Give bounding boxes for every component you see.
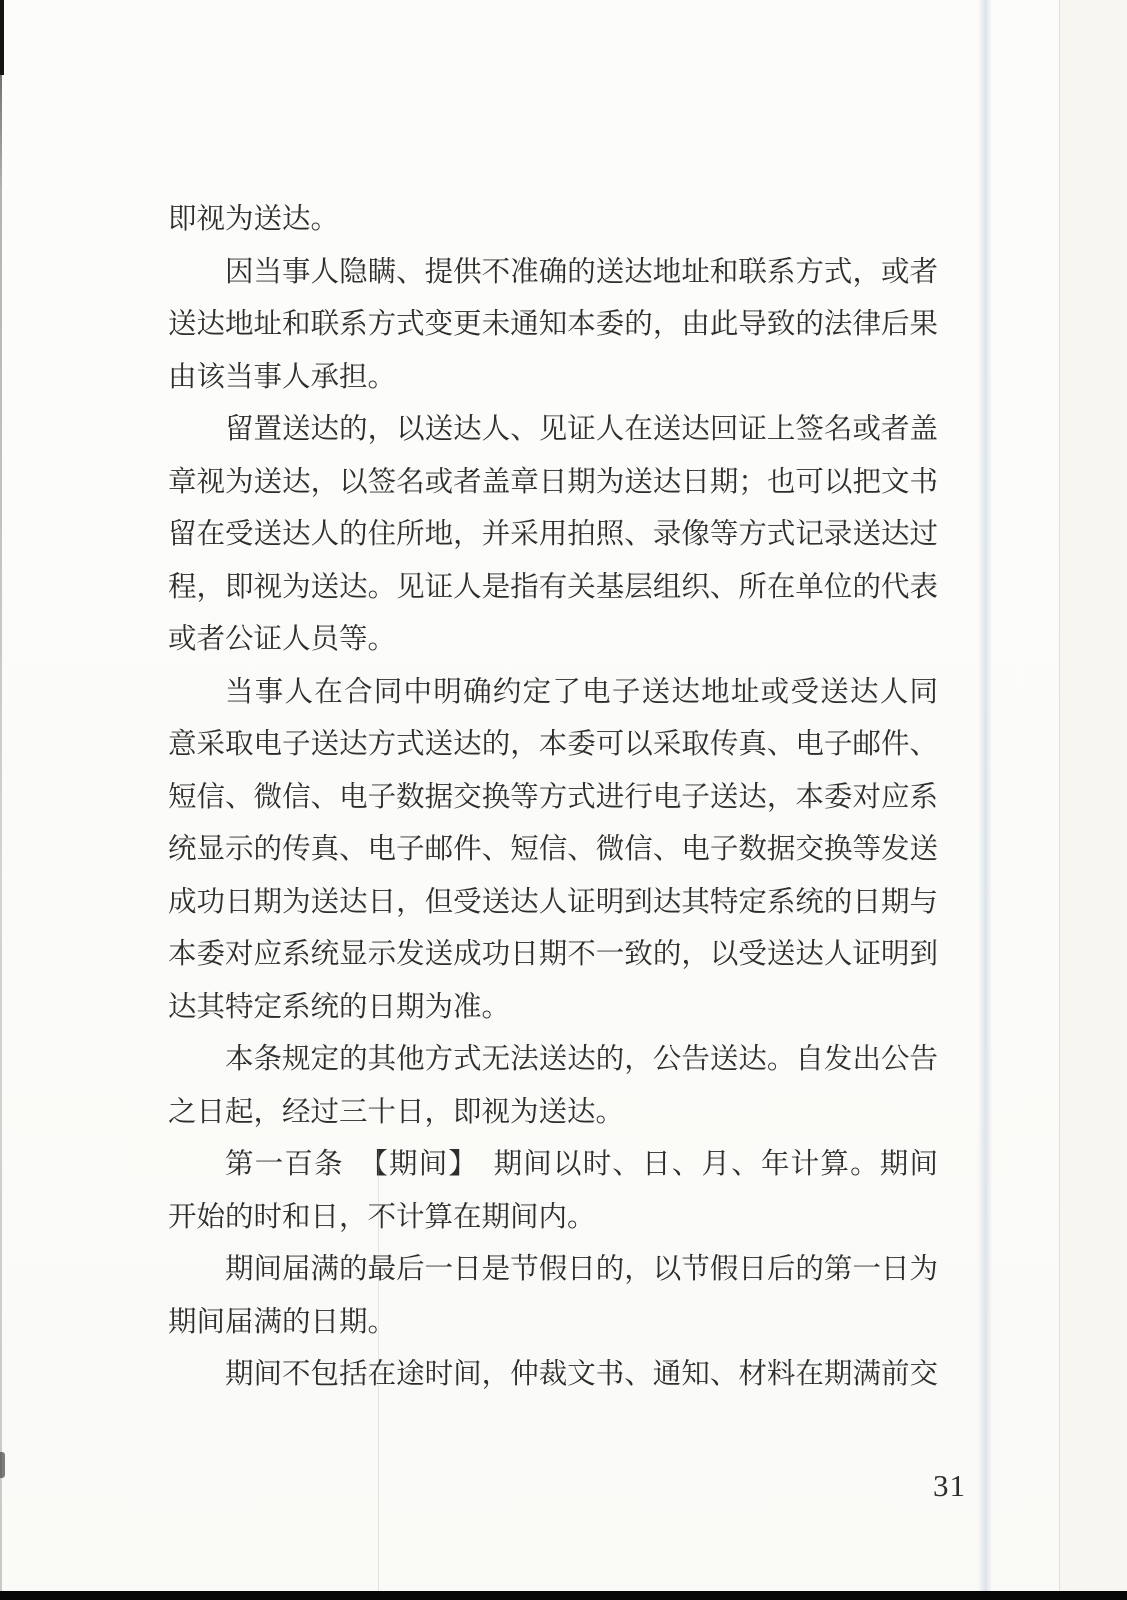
text-line: 送达地址和联系方式变更未通知本委的，由此导致的法律后果 <box>168 299 938 352</box>
text-line: 留在受送达人的住所地，并采用拍照、录像等方式记录送达过 <box>168 509 938 562</box>
text-line: 留置送达的，以送达人、见证人在送达回证上签名或者盖 <box>168 404 938 457</box>
text-line: 因当事人隐瞒、提供不准确的送达地址和联系方式，或者 <box>168 247 938 300</box>
text-line: 第一百条 【期间】 期间以时、日、月、年计算。期间 <box>168 1139 938 1192</box>
text-line: 程，即视为送达。见证人是指有关基层组织、所在单位的代表 <box>168 562 938 615</box>
paper-crease <box>378 1150 379 1591</box>
scan-bottom-bar <box>0 1591 1127 1600</box>
text-line: 由该当事人承担。 <box>168 352 938 405</box>
document-body: 即视为送达。因当事人隐瞒、提供不准确的送达地址和联系方式，或者送达地址和联系方式… <box>168 194 938 1402</box>
page-number: 31 <box>933 1468 966 1504</box>
text-line: 即视为送达。 <box>168 194 938 247</box>
text-line: 统显示的传真、电子邮件、短信、微信、电子数据交换等发送 <box>168 824 938 877</box>
text-line: 当事人在合同中明确约定了电子送达地址或受送达人同 <box>168 667 938 720</box>
text-line: 期间届满的最后一日是节假日的，以节假日后的第一日为 <box>168 1244 938 1297</box>
text-line: 短信、微信、电子数据交换等方式进行电子送达，本委对应系 <box>168 772 938 825</box>
text-line: 意采取电子送达方式送达的，本委可以采取传真、电子邮件、 <box>168 719 938 772</box>
scan-left-edge <box>0 0 2 1592</box>
text-line: 之日起，经过三十日，即视为送达。 <box>168 1087 938 1140</box>
scan-left-edge-blob <box>0 1452 5 1478</box>
text-line: 章视为送达，以签名或者盖章日期为送达日期；也可以把文书 <box>168 457 938 510</box>
page-fold-line <box>978 0 992 1591</box>
scanned-page: 即视为送达。因当事人隐瞒、提供不准确的送达地址和联系方式，或者送达地址和联系方式… <box>0 0 1127 1600</box>
page-edge-strip <box>1059 0 1127 1591</box>
text-line: 期间不包括在途时间，仲裁文书、通知、材料在期满前交 <box>168 1349 938 1402</box>
text-line: 期间届满的日期。 <box>168 1297 938 1350</box>
text-line: 本条规定的其他方式无法送达的，公告送达。自发出公告 <box>168 1034 938 1087</box>
scan-left-edge-dark <box>0 0 4 75</box>
text-line: 成功日期为送达日，但受送达人证明到达其特定系统的日期与 <box>168 877 938 930</box>
text-line: 达其特定系统的日期为准。 <box>168 982 938 1035</box>
text-line: 开始的时和日，不计算在期间内。 <box>168 1192 938 1245</box>
text-line: 本委对应系统显示发送成功日期不一致的，以受送达人证明到 <box>168 929 938 982</box>
text-line: 或者公证人员等。 <box>168 614 938 667</box>
